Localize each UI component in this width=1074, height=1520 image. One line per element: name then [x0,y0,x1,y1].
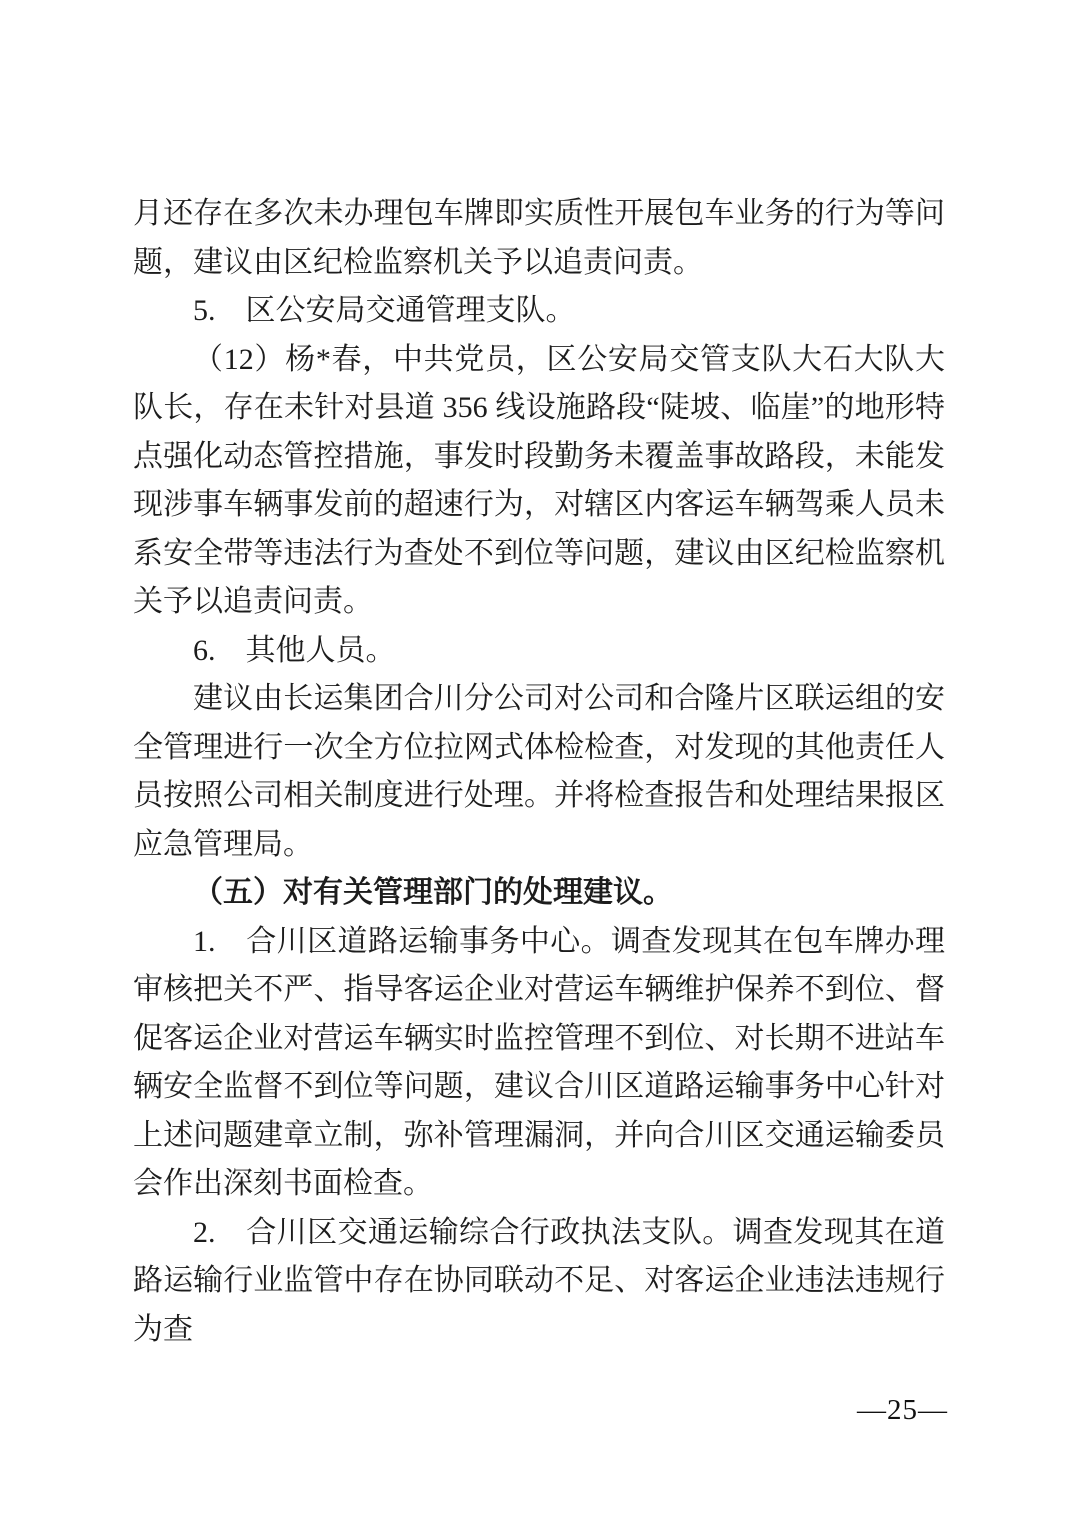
paragraph: 5. 区公安局交通管理支队。 [133,287,945,336]
paragraph: 建议由长运集团合川分公司对公司和合隆片区联运组的安全管理进行一次全方位拉网式体检… [133,675,945,869]
document-body: 月还存在多次未办理包车牌即实质性开展包车业务的行为等问题，建议由区纪检监察机关予… [133,190,945,1354]
paragraph: 2. 合川区交通运输综合行政执法支队。调查发现其在道路运输行业监管中存在协同联动… [133,1209,945,1355]
section-heading: （五）对有关管理部门的处理建议。 [133,869,945,918]
paragraph: 月还存在多次未办理包车牌即实质性开展包车业务的行为等问题，建议由区纪检监察机关予… [133,190,945,287]
paragraph: 6. 其他人员。 [133,627,945,676]
document-page: 月还存在多次未办理包车牌即实质性开展包车业务的行为等问题，建议由区纪检监察机关予… [0,0,1074,1520]
page-number: —25— [857,1392,948,1428]
paragraph: 1. 合川区道路运输事务中心。调查发现其在包车牌办理审核把关不严、指导客运企业对… [133,918,945,1209]
paragraph: （12）杨*春，中共党员，区公安局交管支队大石大队大队长，存在未针对县道 356… [133,336,945,627]
